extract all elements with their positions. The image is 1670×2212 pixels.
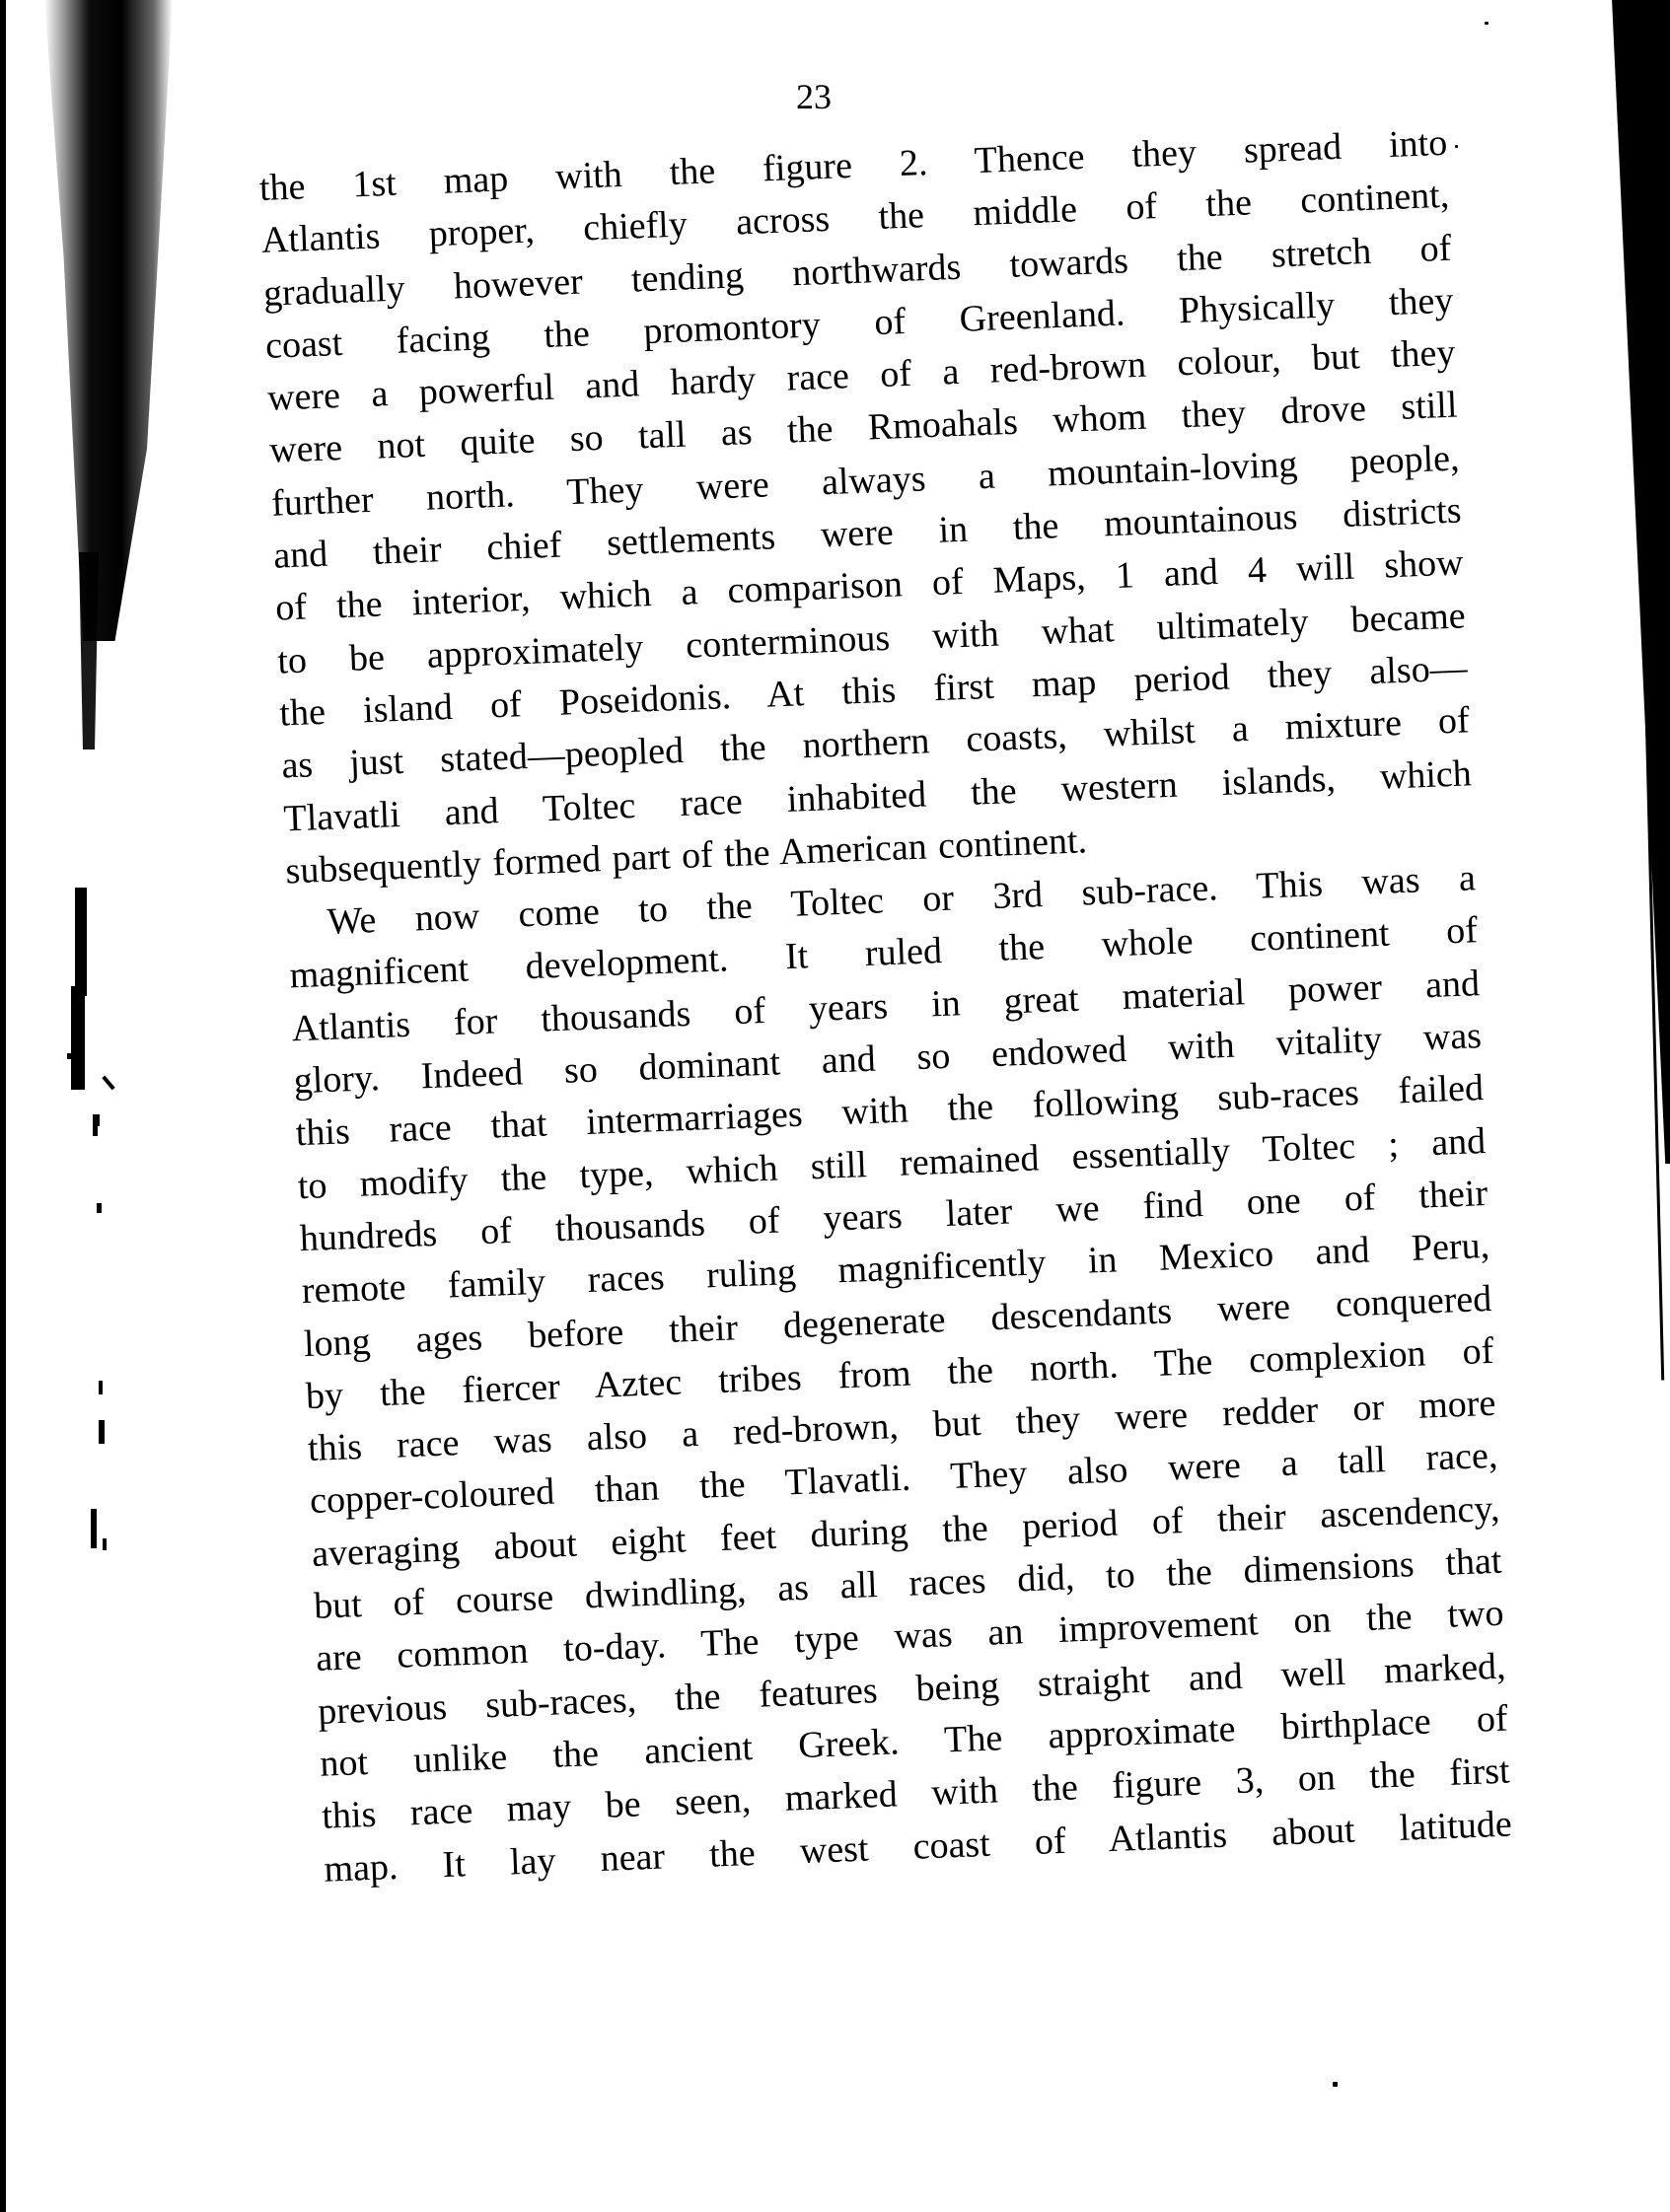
scan-margin-mark <box>91 1509 97 1548</box>
page-number: 23 <box>779 77 848 116</box>
scan-margin-mark <box>102 1076 114 1091</box>
scan-margin-mark <box>75 888 87 996</box>
scan-binding-edge <box>0 0 6 2212</box>
scan-margin-mark <box>97 1203 102 1213</box>
scan-speck <box>1333 2082 1338 2087</box>
scan-binding-shadow <box>44 0 173 641</box>
scan-margin-mark <box>99 1420 105 1444</box>
scan-speck <box>1455 145 1458 148</box>
scan-margin-mark <box>71 986 85 1090</box>
scan-speck <box>1485 22 1488 25</box>
body-text: the 1st map with the figure 2. Thence th… <box>258 117 1513 1896</box>
scan-margin-mark <box>67 1053 73 1059</box>
scan-right-edge <box>1576 0 1670 1164</box>
scan-margin-mark <box>95 1114 100 1126</box>
scan-margin-mark <box>99 1381 103 1394</box>
scan-margin-mark <box>103 1538 107 1550</box>
